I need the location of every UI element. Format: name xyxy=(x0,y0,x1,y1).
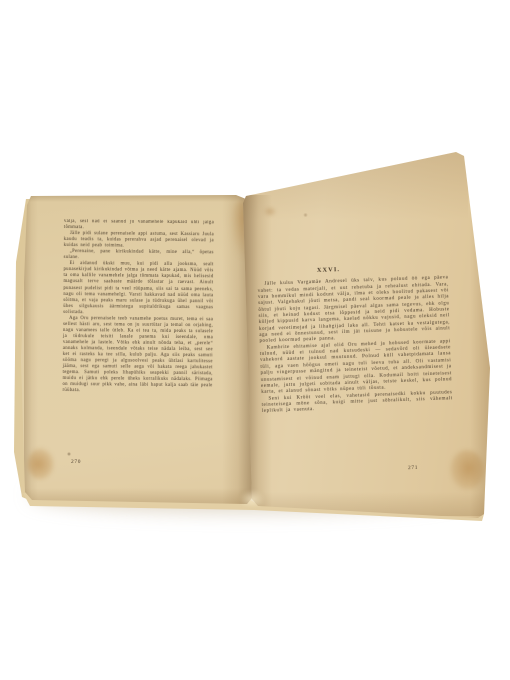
speck-right xyxy=(303,213,308,217)
chapter-heading: XXVI. xyxy=(257,263,448,276)
stain-right-edge xyxy=(450,450,484,490)
speck-left xyxy=(67,452,71,456)
paragraph: Kambrite ehitamise ajal olid Oru mehed j… xyxy=(260,339,453,396)
right-page-text: XXVI. Jälle kulus Vargamäe Andresel üks … xyxy=(257,263,453,415)
paragraph: Jälle kulus Vargamäe Andresel üks talv, … xyxy=(257,276,450,346)
left-page-top-shade xyxy=(24,194,249,202)
page-number-right: 271 xyxy=(408,465,418,471)
stain-right-spot xyxy=(263,206,277,217)
paragraph: Jälle pidi sulane perenaisele appi astum… xyxy=(64,231,214,250)
paragraph: Aga Oru perenaisele teeb vanamehe poetus… xyxy=(62,316,213,396)
left-page-text: välja, sest nad ei saanud ju vanamehele … xyxy=(62,219,214,396)
stain-left-corner xyxy=(28,448,54,480)
paragraph: Ei aidanud ükski muu, kui pidi alla jook… xyxy=(63,261,213,317)
spine-bottom-curl xyxy=(240,490,264,506)
page-number-left: 270 xyxy=(71,459,81,465)
